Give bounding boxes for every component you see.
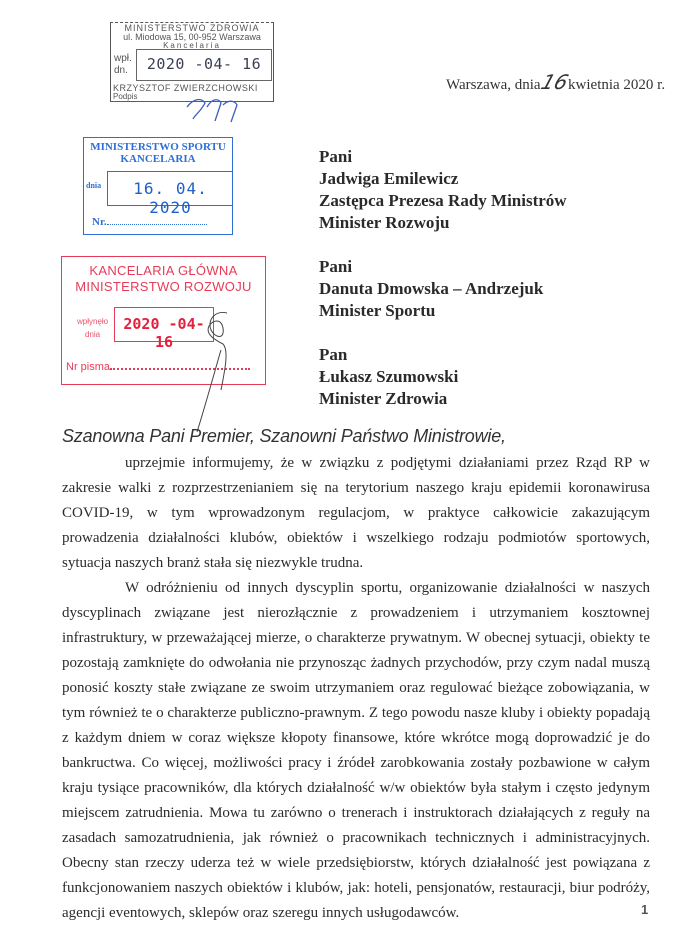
recipient-role: Zastępca Prezesa Rady Ministrów bbox=[319, 190, 567, 212]
stamp-number-field: Nr. bbox=[92, 216, 207, 228]
recipient-title: Pani bbox=[319, 146, 567, 168]
stamp-date-box: 2020 -04- 16 bbox=[136, 49, 272, 81]
stamp-received-label: wpłynęło dnia bbox=[77, 315, 108, 341]
stamp-office: KANCELARIA bbox=[84, 153, 232, 165]
signature-scribble-icon bbox=[183, 93, 258, 123]
stamp-date-label: dnia bbox=[86, 181, 101, 190]
recipient-name: Łukasz Szumowski bbox=[319, 366, 567, 388]
place-and-date: Warszawa, dnia16kwietnia 2020 r. bbox=[446, 70, 665, 94]
recipient: Pani Danuta Dmowska – Andrzejuk Minister… bbox=[319, 256, 567, 322]
recipient: Pani Jadwiga Emilewicz Zastępca Prezesa … bbox=[319, 146, 567, 234]
recipient-role: Minister Zdrowia bbox=[319, 388, 567, 410]
stamp-title: MINISTERSTWO SPORTU bbox=[84, 141, 232, 153]
stamp-title: KANCELARIA GŁÓWNA bbox=[62, 263, 265, 279]
recipient-role: Minister Sportu bbox=[319, 300, 567, 322]
sport-ministry-stamp: MINISTERSTWO SPORTU KANCELARIA dnia 16. … bbox=[83, 137, 233, 235]
paragraph: W odróżnieniu od innych dyscyplin sportu… bbox=[62, 576, 650, 926]
paragraph: uprzejmie informujemy, że w związku z po… bbox=[62, 451, 650, 576]
recipient-name: Danuta Dmowska – Andrzejuk bbox=[319, 278, 567, 300]
stamp-received-label: wpł. dn. bbox=[114, 53, 132, 77]
salutation: Szanowna Pani Premier, Szanowni Państwo … bbox=[62, 426, 506, 447]
letter-body: uprzejmie informujemy, że w związku z po… bbox=[62, 451, 650, 926]
stamp-ministry: MINISTERSTWO ROZWOJU bbox=[62, 279, 265, 295]
recipient-name: Jadwiga Emilewicz bbox=[319, 168, 567, 190]
page-number: 1 bbox=[641, 902, 648, 917]
health-ministry-stamp: MINISTERSTWO ZDROWIA ul. Miodowa 15, 00-… bbox=[110, 22, 274, 102]
recipients-block: Pani Jadwiga Emilewicz Zastępca Prezesa … bbox=[319, 146, 567, 432]
handwritten-mark-icon bbox=[185, 310, 245, 435]
handwritten-day: 16 bbox=[538, 70, 571, 94]
recipient-title: Pani bbox=[319, 256, 567, 278]
stamp-date-box: 16. 04. 2020 bbox=[107, 171, 233, 206]
recipient: Pan Łukasz Szumowski Minister Zdrowia bbox=[319, 344, 567, 410]
stamp-date: 16. 04. 2020 bbox=[108, 179, 233, 217]
recipient-title: Pan bbox=[319, 344, 567, 366]
stamp-date: 2020 -04- 16 bbox=[137, 55, 271, 73]
recipient-role: Minister Rozwoju bbox=[319, 212, 567, 234]
